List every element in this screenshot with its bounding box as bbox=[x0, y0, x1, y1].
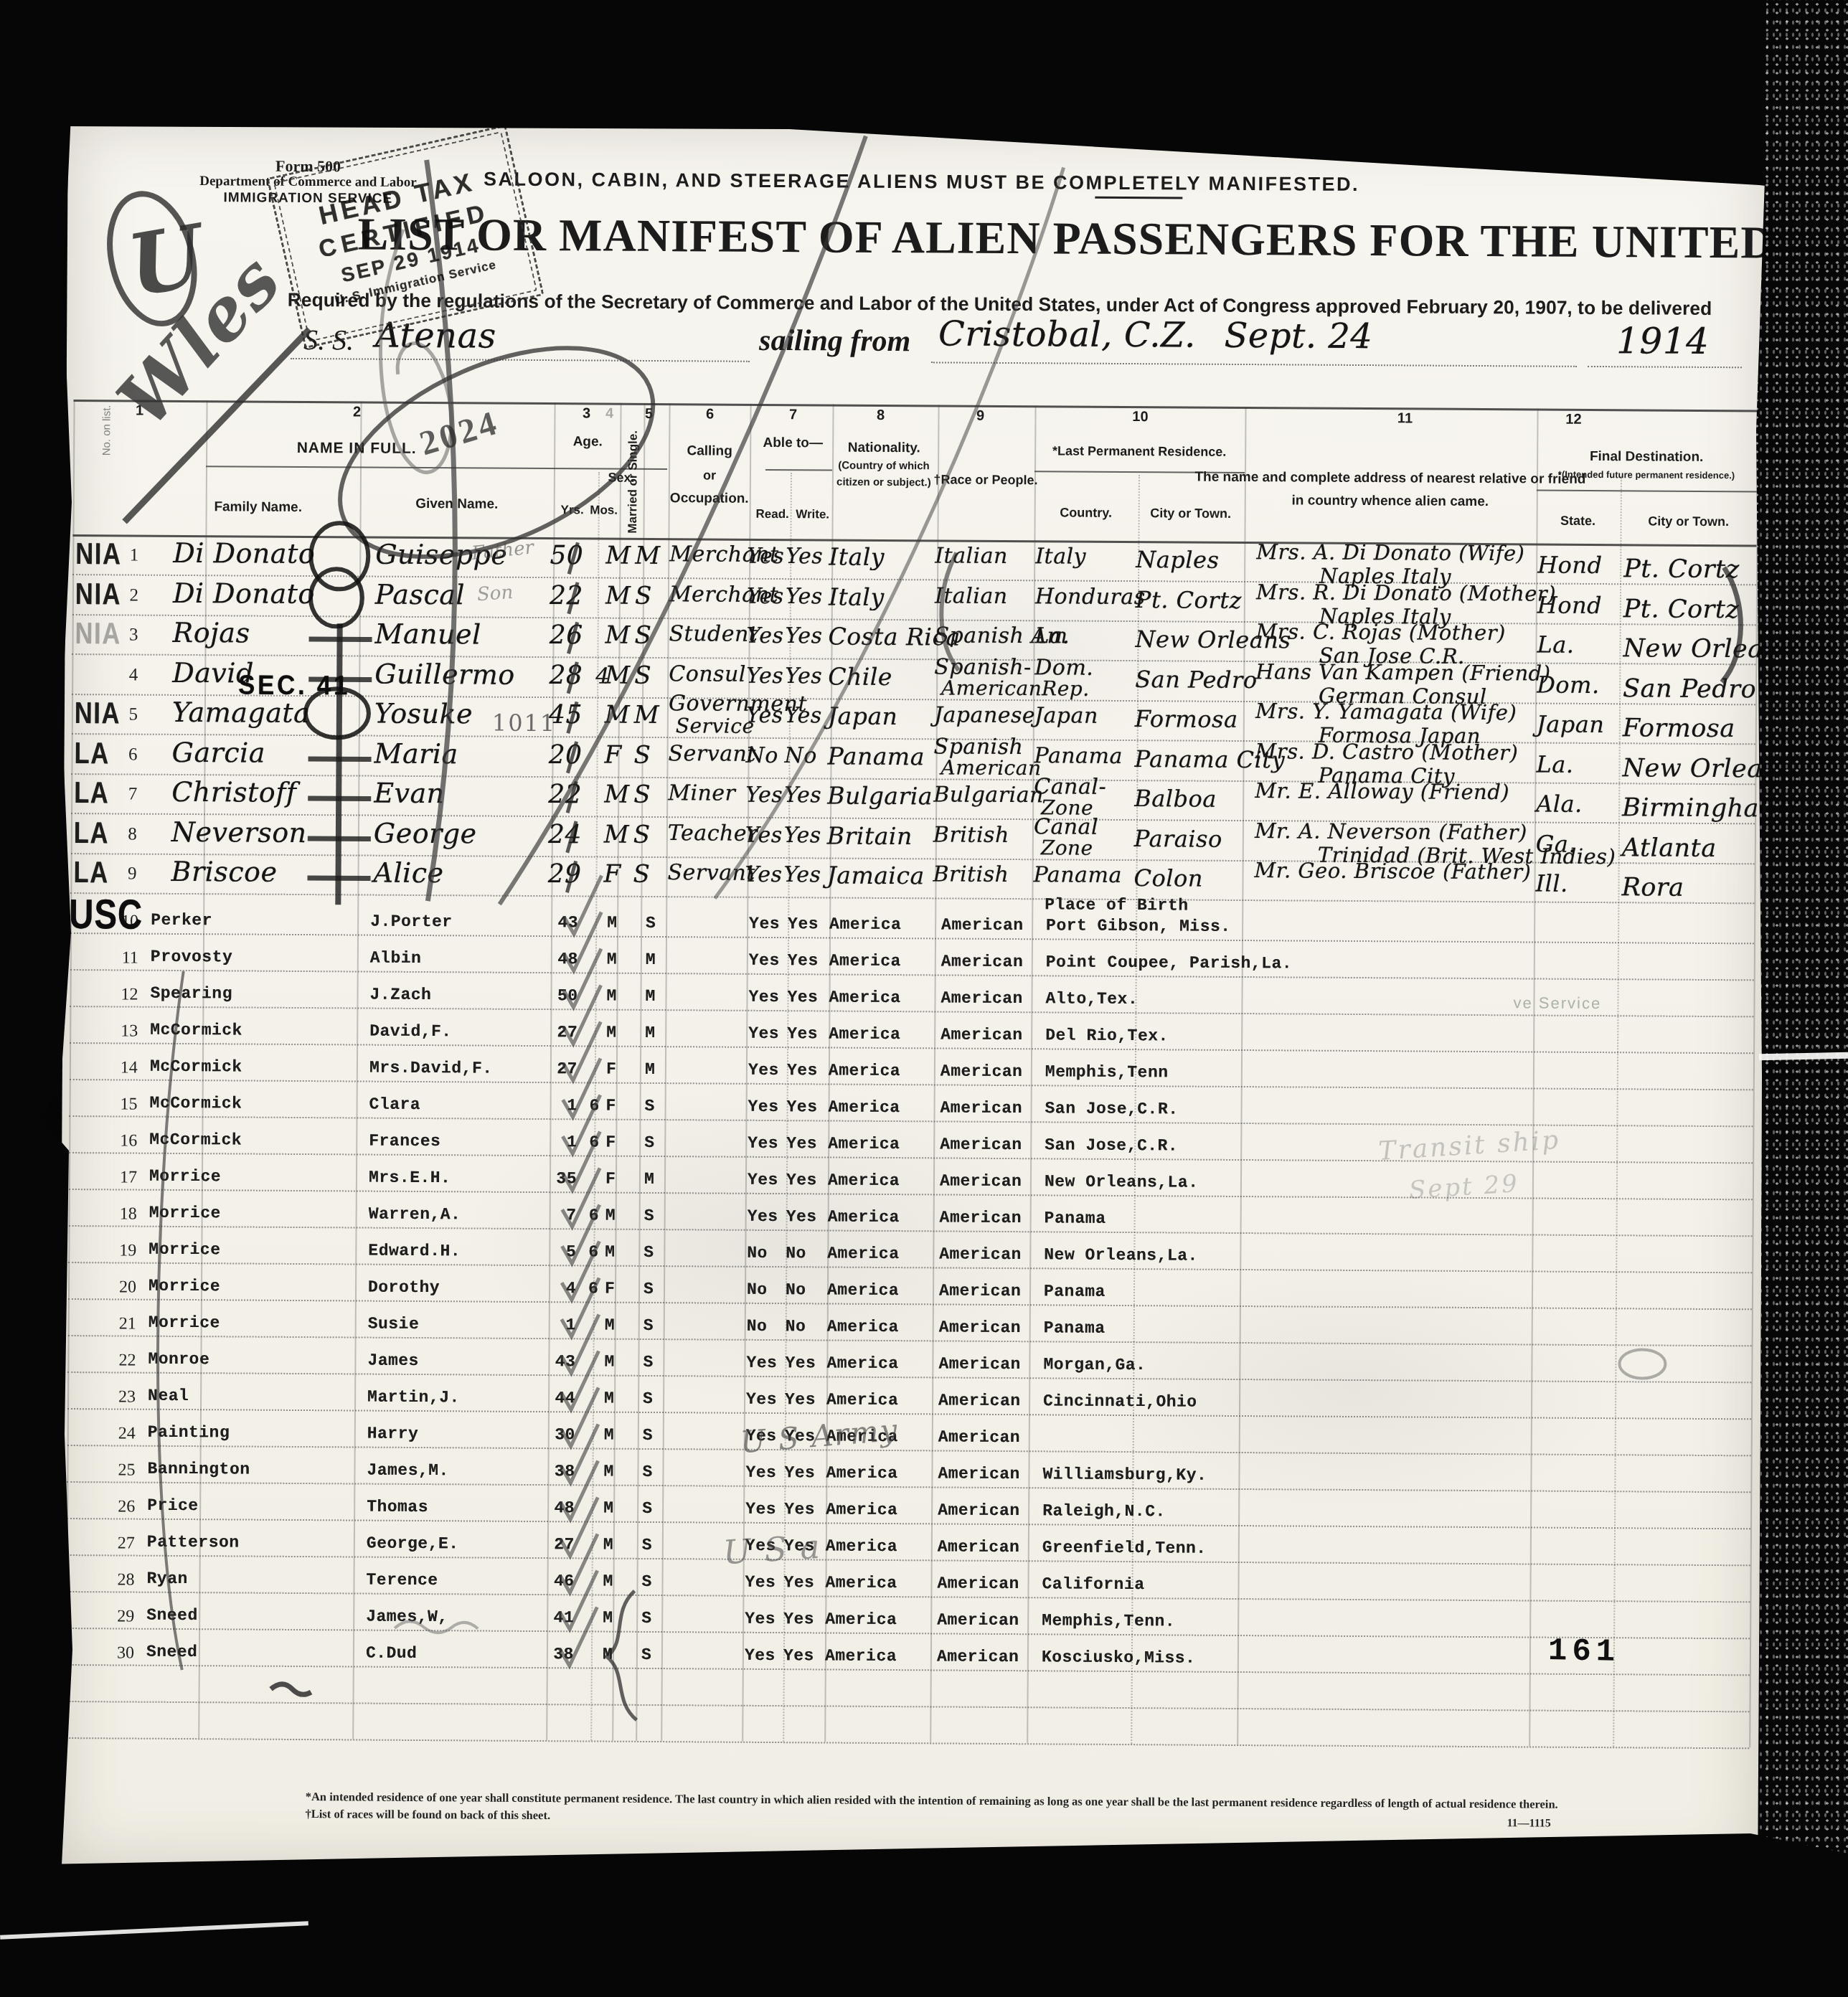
cell-sex: M bbox=[605, 581, 631, 610]
row-number: 21 bbox=[93, 1314, 136, 1333]
cell-age-months: 6 bbox=[588, 1279, 598, 1298]
cell-read: Yes bbox=[748, 1171, 778, 1189]
cell-marital: M bbox=[645, 1024, 655, 1042]
cell-sex: M bbox=[605, 701, 631, 730]
cell-family-name: Price bbox=[147, 1496, 199, 1515]
cell-birthplace: San Jose,C.R. bbox=[1045, 1136, 1178, 1155]
cell-nationality: America bbox=[826, 1463, 897, 1483]
cell-read: No bbox=[747, 1244, 768, 1262]
cell-given-name: James,M. bbox=[367, 1461, 449, 1481]
row2-pencil-note: Son bbox=[476, 582, 514, 605]
cell-read: Yes bbox=[747, 544, 784, 569]
cell-given-name: Clara bbox=[369, 1095, 421, 1114]
cell-nationality: Panama bbox=[827, 742, 925, 770]
cell-family-name: Rojas bbox=[172, 617, 250, 649]
cell-read: No bbox=[747, 1280, 768, 1299]
cell-given-name: James,W, bbox=[366, 1607, 448, 1627]
cell-read: Yes bbox=[746, 663, 783, 688]
cell-family-name: Di Donato bbox=[173, 537, 315, 570]
cell-race: American bbox=[938, 1537, 1020, 1557]
cell-given-name: Manuel bbox=[374, 618, 481, 651]
cell-age-months: 6 bbox=[589, 1133, 599, 1151]
cell-age-years: 1 bbox=[530, 1096, 577, 1115]
cell-marital: S bbox=[645, 1097, 655, 1115]
cell-birthplace: Del Rio,Tex. bbox=[1045, 1026, 1169, 1045]
cell-read: Yes bbox=[746, 1354, 777, 1372]
cell-marital: S bbox=[643, 1426, 653, 1445]
cell-nationality: Britain bbox=[827, 821, 913, 850]
cell-sex: M bbox=[603, 1536, 613, 1554]
cell-given-name: J.Porter bbox=[370, 912, 453, 932]
cell-given-name: David,F. bbox=[369, 1022, 452, 1042]
cell-residence-country: La. bbox=[1035, 623, 1070, 648]
cell-birthplace: Panama bbox=[1044, 1282, 1105, 1301]
cell-read: Yes bbox=[748, 1061, 779, 1080]
cell-occupation: Teacher bbox=[668, 821, 758, 846]
cell-given-name: Pascal bbox=[375, 578, 465, 610]
cell-family-name: Morrice bbox=[149, 1204, 221, 1223]
cell-occupation: Consul bbox=[669, 661, 746, 687]
row-number: 4 bbox=[102, 665, 138, 685]
cell-sex: M bbox=[605, 1243, 615, 1262]
cell-sex: M bbox=[606, 987, 616, 1006]
cell-race: American bbox=[941, 952, 1024, 971]
cell-birthplace: California bbox=[1042, 1575, 1144, 1594]
cell-given-name: Evan bbox=[374, 778, 445, 810]
cell-given-name: James bbox=[367, 1351, 419, 1370]
cell-given-name: C.Dud bbox=[366, 1644, 418, 1663]
cell-sex: M bbox=[603, 1499, 613, 1518]
cell-read: Yes bbox=[745, 1463, 776, 1482]
cell-given-name: J.Zach bbox=[369, 986, 431, 1005]
cell-given-name: Maria bbox=[374, 737, 458, 770]
cell-sex: F bbox=[606, 1060, 616, 1079]
cell-write: Yes bbox=[785, 1390, 816, 1409]
cell-write: Yes bbox=[787, 988, 818, 1006]
cell-sex: M bbox=[607, 914, 617, 933]
cell-destination-state: Hond bbox=[1537, 552, 1602, 580]
cell-nationality: Japan bbox=[828, 702, 898, 730]
cell-destination-state: Ala. bbox=[1536, 790, 1583, 818]
cell-relative: Mrs. R. Di Donato (Mother) bbox=[1256, 580, 1556, 606]
cell-read: No bbox=[747, 1317, 768, 1336]
cell-residence-city: Naples bbox=[1136, 546, 1219, 574]
cell-residence-country-2: Rep. bbox=[1042, 676, 1090, 700]
cell-race: American bbox=[940, 1062, 1023, 1081]
cell-birthplace: Raleigh,N.C. bbox=[1042, 1501, 1166, 1521]
cell-read: Yes bbox=[748, 1134, 778, 1153]
cell-destination-state: Ill. bbox=[1535, 870, 1568, 897]
cell-destination-state: Ga. bbox=[1536, 830, 1577, 857]
cell-occupation-2: Service bbox=[676, 714, 755, 738]
cell-read: Yes bbox=[746, 1390, 777, 1409]
cell-nationality: America bbox=[828, 1207, 900, 1227]
cell-race: American bbox=[937, 1574, 1019, 1593]
cell-write: Yes bbox=[783, 862, 821, 887]
cell-race: American bbox=[938, 1427, 1021, 1447]
cell-race: American bbox=[937, 1610, 1019, 1630]
cell-age-years: 46 bbox=[527, 1572, 574, 1590]
head-tax-line2: CERTIFIED bbox=[316, 198, 492, 263]
cell-age-years: 50 bbox=[529, 541, 583, 570]
table-rows: NIA1Di DonatoGuiseppe50MMMerchantYesYesI… bbox=[57, 118, 1768, 1879]
row-number: 29 bbox=[91, 1607, 134, 1626]
cell-write: Yes bbox=[787, 1061, 818, 1080]
cell-nationality: America bbox=[826, 1536, 897, 1556]
cell-age-years: 28 bbox=[528, 660, 583, 689]
manifest-page: Form 500 Department of Commerce and Labo… bbox=[57, 118, 1768, 1879]
cell-read: Yes bbox=[745, 1573, 775, 1592]
cell-nationality: Jamaica bbox=[826, 861, 924, 889]
cell-given-name: Yosuke bbox=[374, 698, 473, 730]
cell-birthplace: Cincinnati,Ohio bbox=[1043, 1392, 1197, 1411]
cell-residence-country: Italy bbox=[1035, 544, 1086, 569]
cell-nationality: America bbox=[828, 1171, 900, 1190]
cell-read: Yes bbox=[748, 1097, 779, 1116]
cell-write: Yes bbox=[785, 664, 822, 689]
cell-write: No bbox=[784, 743, 817, 768]
row-number: 1 bbox=[103, 545, 138, 565]
row5-pencil-note: 1011 bbox=[492, 709, 557, 737]
cell-write: Yes bbox=[786, 1134, 817, 1153]
cell-write: Yes bbox=[784, 1463, 815, 1482]
cell-occupation: Student bbox=[669, 621, 758, 647]
cell-nationality: America bbox=[829, 1025, 900, 1044]
cell-residence-country: Panama bbox=[1034, 743, 1122, 769]
cell-age-years: 1 bbox=[529, 1133, 577, 1151]
cell-age-years: 24 bbox=[527, 819, 582, 849]
row-number: 12 bbox=[95, 985, 138, 1004]
cell-destination-city: Pt. Cortz bbox=[1623, 595, 1740, 624]
cell-race: American bbox=[939, 1281, 1022, 1300]
cell-marital: S bbox=[642, 1463, 652, 1481]
footnote-2: †List of races will be found on back of … bbox=[306, 1807, 551, 1823]
cell-marital: S bbox=[634, 621, 651, 650]
cell-read: Yes bbox=[745, 1500, 776, 1519]
cell-birthplace-label: Place of Birth bbox=[1045, 895, 1188, 915]
cell-race: American bbox=[940, 1208, 1022, 1227]
cell-nationality: America bbox=[829, 952, 901, 971]
cell-nationality: America bbox=[826, 1500, 897, 1519]
row-number: 6 bbox=[101, 745, 137, 765]
form-code: 11—1115 bbox=[1507, 1817, 1550, 1830]
cell-sex: F bbox=[605, 1170, 616, 1189]
cell-marital: S bbox=[633, 820, 651, 849]
cell-race: American bbox=[940, 1025, 1023, 1044]
cell-age-months: 6 bbox=[588, 1242, 598, 1261]
cell-marital: S bbox=[633, 860, 650, 889]
stamp-usc: USC bbox=[69, 890, 143, 939]
cell-given-name: Dorothy bbox=[368, 1278, 440, 1298]
cell-nationality: America bbox=[826, 1354, 898, 1373]
row-number: 14 bbox=[95, 1058, 138, 1077]
cell-family-name: Briscoe bbox=[171, 856, 277, 888]
cell-read: Yes bbox=[748, 988, 779, 1006]
cell-sex: M bbox=[604, 820, 630, 849]
cell-race: American bbox=[940, 1171, 1022, 1191]
cell-race-2: American bbox=[940, 755, 1041, 780]
cell-marital: S bbox=[642, 1536, 652, 1554]
cell-birthplace: Memphis,Tenn bbox=[1045, 1062, 1169, 1082]
cell-age-years: 38 bbox=[527, 1462, 575, 1481]
cell-given-name: Terence bbox=[366, 1571, 438, 1590]
row-number: 11 bbox=[95, 948, 138, 968]
cell-nationality: Italy bbox=[829, 582, 885, 610]
row-number: 8 bbox=[101, 824, 137, 844]
cell-nationality: Italy bbox=[829, 542, 885, 570]
cell-age-years: 27 bbox=[530, 1023, 577, 1042]
cell-write: Yes bbox=[787, 1024, 818, 1043]
cell-nationality: America bbox=[829, 1061, 900, 1080]
cell-read: Yes bbox=[745, 783, 783, 808]
cell-age-years: 27 bbox=[530, 1059, 577, 1078]
cell-destination-state: Japan bbox=[1537, 711, 1605, 739]
cell-read: Yes bbox=[745, 862, 782, 887]
cell-sex: M bbox=[605, 661, 631, 689]
row-number: 9 bbox=[100, 864, 136, 884]
cell-age-years: 20 bbox=[527, 740, 582, 769]
cell-birthplace: San Jose,C.R. bbox=[1045, 1099, 1179, 1118]
cell-birthplace: Port Gibson, Miss. bbox=[1046, 916, 1231, 936]
cell-write: No bbox=[786, 1317, 806, 1336]
cell-race: American bbox=[939, 1318, 1022, 1337]
cell-family-name: Patterson bbox=[147, 1533, 240, 1552]
cell-given-name: Susie bbox=[368, 1315, 420, 1333]
row27-pencil-note: U S a bbox=[722, 1527, 822, 1572]
cell-destination-city: Formosa bbox=[1623, 714, 1735, 743]
cell-write: No bbox=[786, 1244, 806, 1262]
cell-nationality: America bbox=[825, 1573, 897, 1592]
cell-marital: S bbox=[641, 1572, 651, 1591]
cell-birthplace: Kosciusko,Miss. bbox=[1042, 1648, 1196, 1667]
cell-write: Yes bbox=[784, 1500, 815, 1519]
cell-sex: M bbox=[603, 1463, 613, 1481]
page-number-stamp: 161 bbox=[1548, 1633, 1621, 1671]
cell-relative: Mr. E. Alloway (Friend) bbox=[1255, 778, 1509, 804]
cell-age-years: 1 bbox=[529, 1316, 576, 1334]
cell-sex: M bbox=[605, 621, 631, 650]
cell-read: Yes bbox=[748, 1207, 778, 1226]
cell-destination-state: La. bbox=[1537, 631, 1574, 658]
cell-race: American bbox=[940, 1135, 1022, 1154]
cell-residence-country-2: Zone bbox=[1041, 836, 1093, 859]
cell-given-name: Mrs.David,F. bbox=[369, 1059, 493, 1078]
cell-nationality: America bbox=[826, 1390, 898, 1410]
cell-residence-city: Balboa bbox=[1134, 785, 1217, 813]
cell-sex: F bbox=[604, 740, 621, 769]
cell-race: American bbox=[941, 915, 1024, 935]
cell-write: Yes bbox=[786, 1171, 817, 1189]
cell-marital: S bbox=[642, 1499, 652, 1518]
cell-write: Yes bbox=[783, 1573, 814, 1592]
cell-age-months: 6 bbox=[589, 1206, 599, 1224]
cell-marital: S bbox=[643, 1389, 653, 1408]
cell-family-name: Perker bbox=[151, 911, 212, 930]
cell-write: Yes bbox=[788, 915, 819, 933]
cell-write: Yes bbox=[786, 544, 823, 569]
cell-sex: M bbox=[605, 542, 631, 570]
cell-family-name: Morrice bbox=[148, 1313, 220, 1333]
cell-write: Yes bbox=[783, 1646, 814, 1665]
cell-age-years: 44 bbox=[528, 1389, 575, 1407]
cell-write: No bbox=[786, 1280, 806, 1299]
cell-birthplace: Morgan,Ga. bbox=[1043, 1355, 1146, 1374]
cell-nationality: America bbox=[829, 1097, 900, 1117]
cell-birthplace: Memphis,Tenn. bbox=[1042, 1611, 1175, 1630]
cell-age-years: 22 bbox=[529, 580, 583, 610]
cell-write: Yes bbox=[786, 623, 823, 648]
cell-sex: M bbox=[605, 1207, 616, 1225]
cell-age-years: 43 bbox=[528, 1352, 575, 1371]
cell-residence-country: Honduras bbox=[1035, 584, 1146, 610]
cell-read: Yes bbox=[745, 1646, 775, 1665]
cell-nationality: America bbox=[828, 1134, 900, 1153]
cell-read: Yes bbox=[745, 822, 783, 847]
cell-birthplace: Panama bbox=[1045, 1209, 1106, 1228]
cell-read: Yes bbox=[749, 915, 780, 933]
cell-race: British bbox=[933, 861, 1009, 887]
row-number: 26 bbox=[92, 1497, 135, 1516]
cell-family-name: Provosty bbox=[151, 948, 233, 967]
cell-write: Yes bbox=[786, 1207, 817, 1226]
row-number: 24 bbox=[93, 1424, 136, 1443]
cell-marital: S bbox=[641, 1646, 651, 1664]
cell-relative: Mrs. Y. Yamagata (Wife) bbox=[1255, 699, 1517, 724]
cell-age-years: 38 bbox=[527, 1645, 574, 1663]
cell-nationality: America bbox=[825, 1610, 897, 1629]
cell-read: No bbox=[745, 742, 778, 768]
row-number: 22 bbox=[93, 1351, 136, 1370]
row-number: 17 bbox=[94, 1168, 137, 1187]
head-tax-line1: HEAD TAX bbox=[316, 166, 477, 230]
cell-nationality: America bbox=[827, 1244, 899, 1263]
cell-age-years: 7 bbox=[529, 1206, 577, 1224]
cell-occupation: Miner bbox=[668, 780, 735, 806]
cell-read: Yes bbox=[746, 703, 783, 728]
cell-read: Yes bbox=[745, 1610, 775, 1628]
cell-race: British bbox=[933, 822, 1009, 848]
cell-family-name: Spearing bbox=[150, 984, 232, 1004]
row-number: 7 bbox=[101, 784, 137, 804]
cell-race: American bbox=[937, 1647, 1019, 1666]
cell-residence-city: Paraiso bbox=[1134, 825, 1222, 853]
cell-marital: S bbox=[644, 1133, 654, 1152]
cell-family-name: Bannington bbox=[147, 1460, 250, 1479]
cell-relative: Mrs. C. Rojas (Mother) bbox=[1256, 619, 1506, 645]
cell-family-name: Morrice bbox=[149, 1167, 221, 1186]
cell-nationality: America bbox=[829, 988, 900, 1008]
cell-residence-country: Panama bbox=[1033, 862, 1121, 888]
cell-family-name: McCormick bbox=[150, 1094, 242, 1113]
cell-race: American bbox=[940, 1098, 1023, 1118]
cell-read: Yes bbox=[749, 951, 780, 970]
row-number: 16 bbox=[94, 1131, 137, 1151]
cell-write: Yes bbox=[787, 1097, 818, 1116]
cell-family-name: Christoff bbox=[171, 776, 296, 808]
cell-nationality: Bulgaria bbox=[827, 781, 933, 810]
cell-marital: M bbox=[645, 1060, 655, 1079]
cell-relative: Mrs. D. Castro (Mother) bbox=[1255, 739, 1519, 765]
cell-relative: Hans Van Kampen (Friend) bbox=[1255, 659, 1550, 686]
cell-given-name: Warren,A. bbox=[369, 1205, 461, 1224]
cell-sex: M bbox=[603, 1609, 613, 1628]
cell-residence-city: San Pedro bbox=[1135, 666, 1258, 694]
cell-given-name: Harry bbox=[367, 1425, 419, 1443]
cell-age-years: 43 bbox=[531, 913, 578, 932]
cell-read: Yes bbox=[748, 1024, 779, 1043]
cell-sex: F bbox=[605, 1133, 616, 1152]
cell-age-years: 27 bbox=[527, 1535, 575, 1554]
cell-marital: M bbox=[634, 701, 660, 730]
cell-given-name: George,E. bbox=[367, 1534, 459, 1554]
cell-marital: S bbox=[641, 1609, 651, 1628]
cell-family-name: Monroe bbox=[148, 1350, 209, 1369]
cell-marital: M bbox=[645, 987, 655, 1006]
cell-sex: M bbox=[604, 780, 630, 809]
cell-marital: S bbox=[635, 581, 652, 610]
cell-age-years: 22 bbox=[527, 780, 582, 809]
cell-race: Bulgarian bbox=[933, 782, 1044, 808]
cell-marital: S bbox=[646, 914, 656, 933]
cell-relative: Mrs. A. Di Donato (Wife) bbox=[1256, 539, 1524, 565]
cell-sex: M bbox=[604, 1426, 614, 1445]
cell-given-name: Guillermo bbox=[374, 658, 515, 690]
cell-residence-city: Formosa bbox=[1135, 705, 1238, 733]
cell-destination-state: Hond bbox=[1537, 591, 1602, 619]
cell-given-name: George bbox=[374, 817, 477, 849]
cell-sex: M bbox=[605, 1316, 615, 1335]
cell-given-name: Martin,J. bbox=[367, 1388, 460, 1407]
cell-write: Yes bbox=[785, 703, 822, 728]
cell-race: American bbox=[938, 1501, 1020, 1520]
row-number: 20 bbox=[93, 1278, 136, 1297]
cell-age-years: 48 bbox=[527, 1498, 575, 1517]
cell-birthplace: New Orleans,La. bbox=[1045, 1172, 1199, 1191]
cell-destination-city: Rora bbox=[1621, 873, 1684, 902]
cell-race: American bbox=[938, 1464, 1020, 1483]
cell-sex: F bbox=[603, 860, 621, 889]
cell-marital: S bbox=[643, 1280, 654, 1298]
cell-occupation: Servant bbox=[667, 860, 755, 886]
cell-write: Yes bbox=[786, 584, 823, 609]
cell-sex: M bbox=[603, 1572, 613, 1591]
cell-given-name: Frances bbox=[369, 1132, 440, 1151]
cell-write: Yes bbox=[784, 783, 821, 808]
cell-birthplace: Williamsburg,Ky. bbox=[1042, 1465, 1207, 1484]
cell-family-name: Morrice bbox=[148, 1277, 220, 1296]
cell-destination-city: Birmingham bbox=[1622, 793, 1783, 823]
cell-family-name: Neal bbox=[148, 1387, 189, 1405]
cell-read: Yes bbox=[747, 583, 784, 608]
row-number: 19 bbox=[93, 1241, 136, 1260]
cell-family-name: Neverson bbox=[171, 816, 307, 848]
row-number: 28 bbox=[91, 1570, 134, 1590]
cell-age-years: 48 bbox=[531, 950, 578, 968]
cell-write: Yes bbox=[785, 1354, 816, 1372]
cell-destination-state: La. bbox=[1536, 750, 1573, 778]
cell-residence-country: Japan bbox=[1034, 703, 1098, 729]
cell-destination-state: Dom. bbox=[1537, 671, 1600, 699]
cell-birthplace: New Orleans,La. bbox=[1044, 1245, 1198, 1265]
cell-residence-city: Pt. Cortz bbox=[1136, 586, 1242, 614]
cell-family-name: Painting bbox=[148, 1423, 230, 1443]
cell-marital: S bbox=[643, 1353, 653, 1372]
cell-nationality: America bbox=[829, 915, 901, 935]
cell-destination-city: San Pedro bbox=[1623, 674, 1756, 704]
cell-age-years: 30 bbox=[528, 1425, 575, 1444]
head-tax-line3: SEP 29 1914 bbox=[339, 233, 482, 286]
cell-sex: F bbox=[606, 1097, 616, 1115]
